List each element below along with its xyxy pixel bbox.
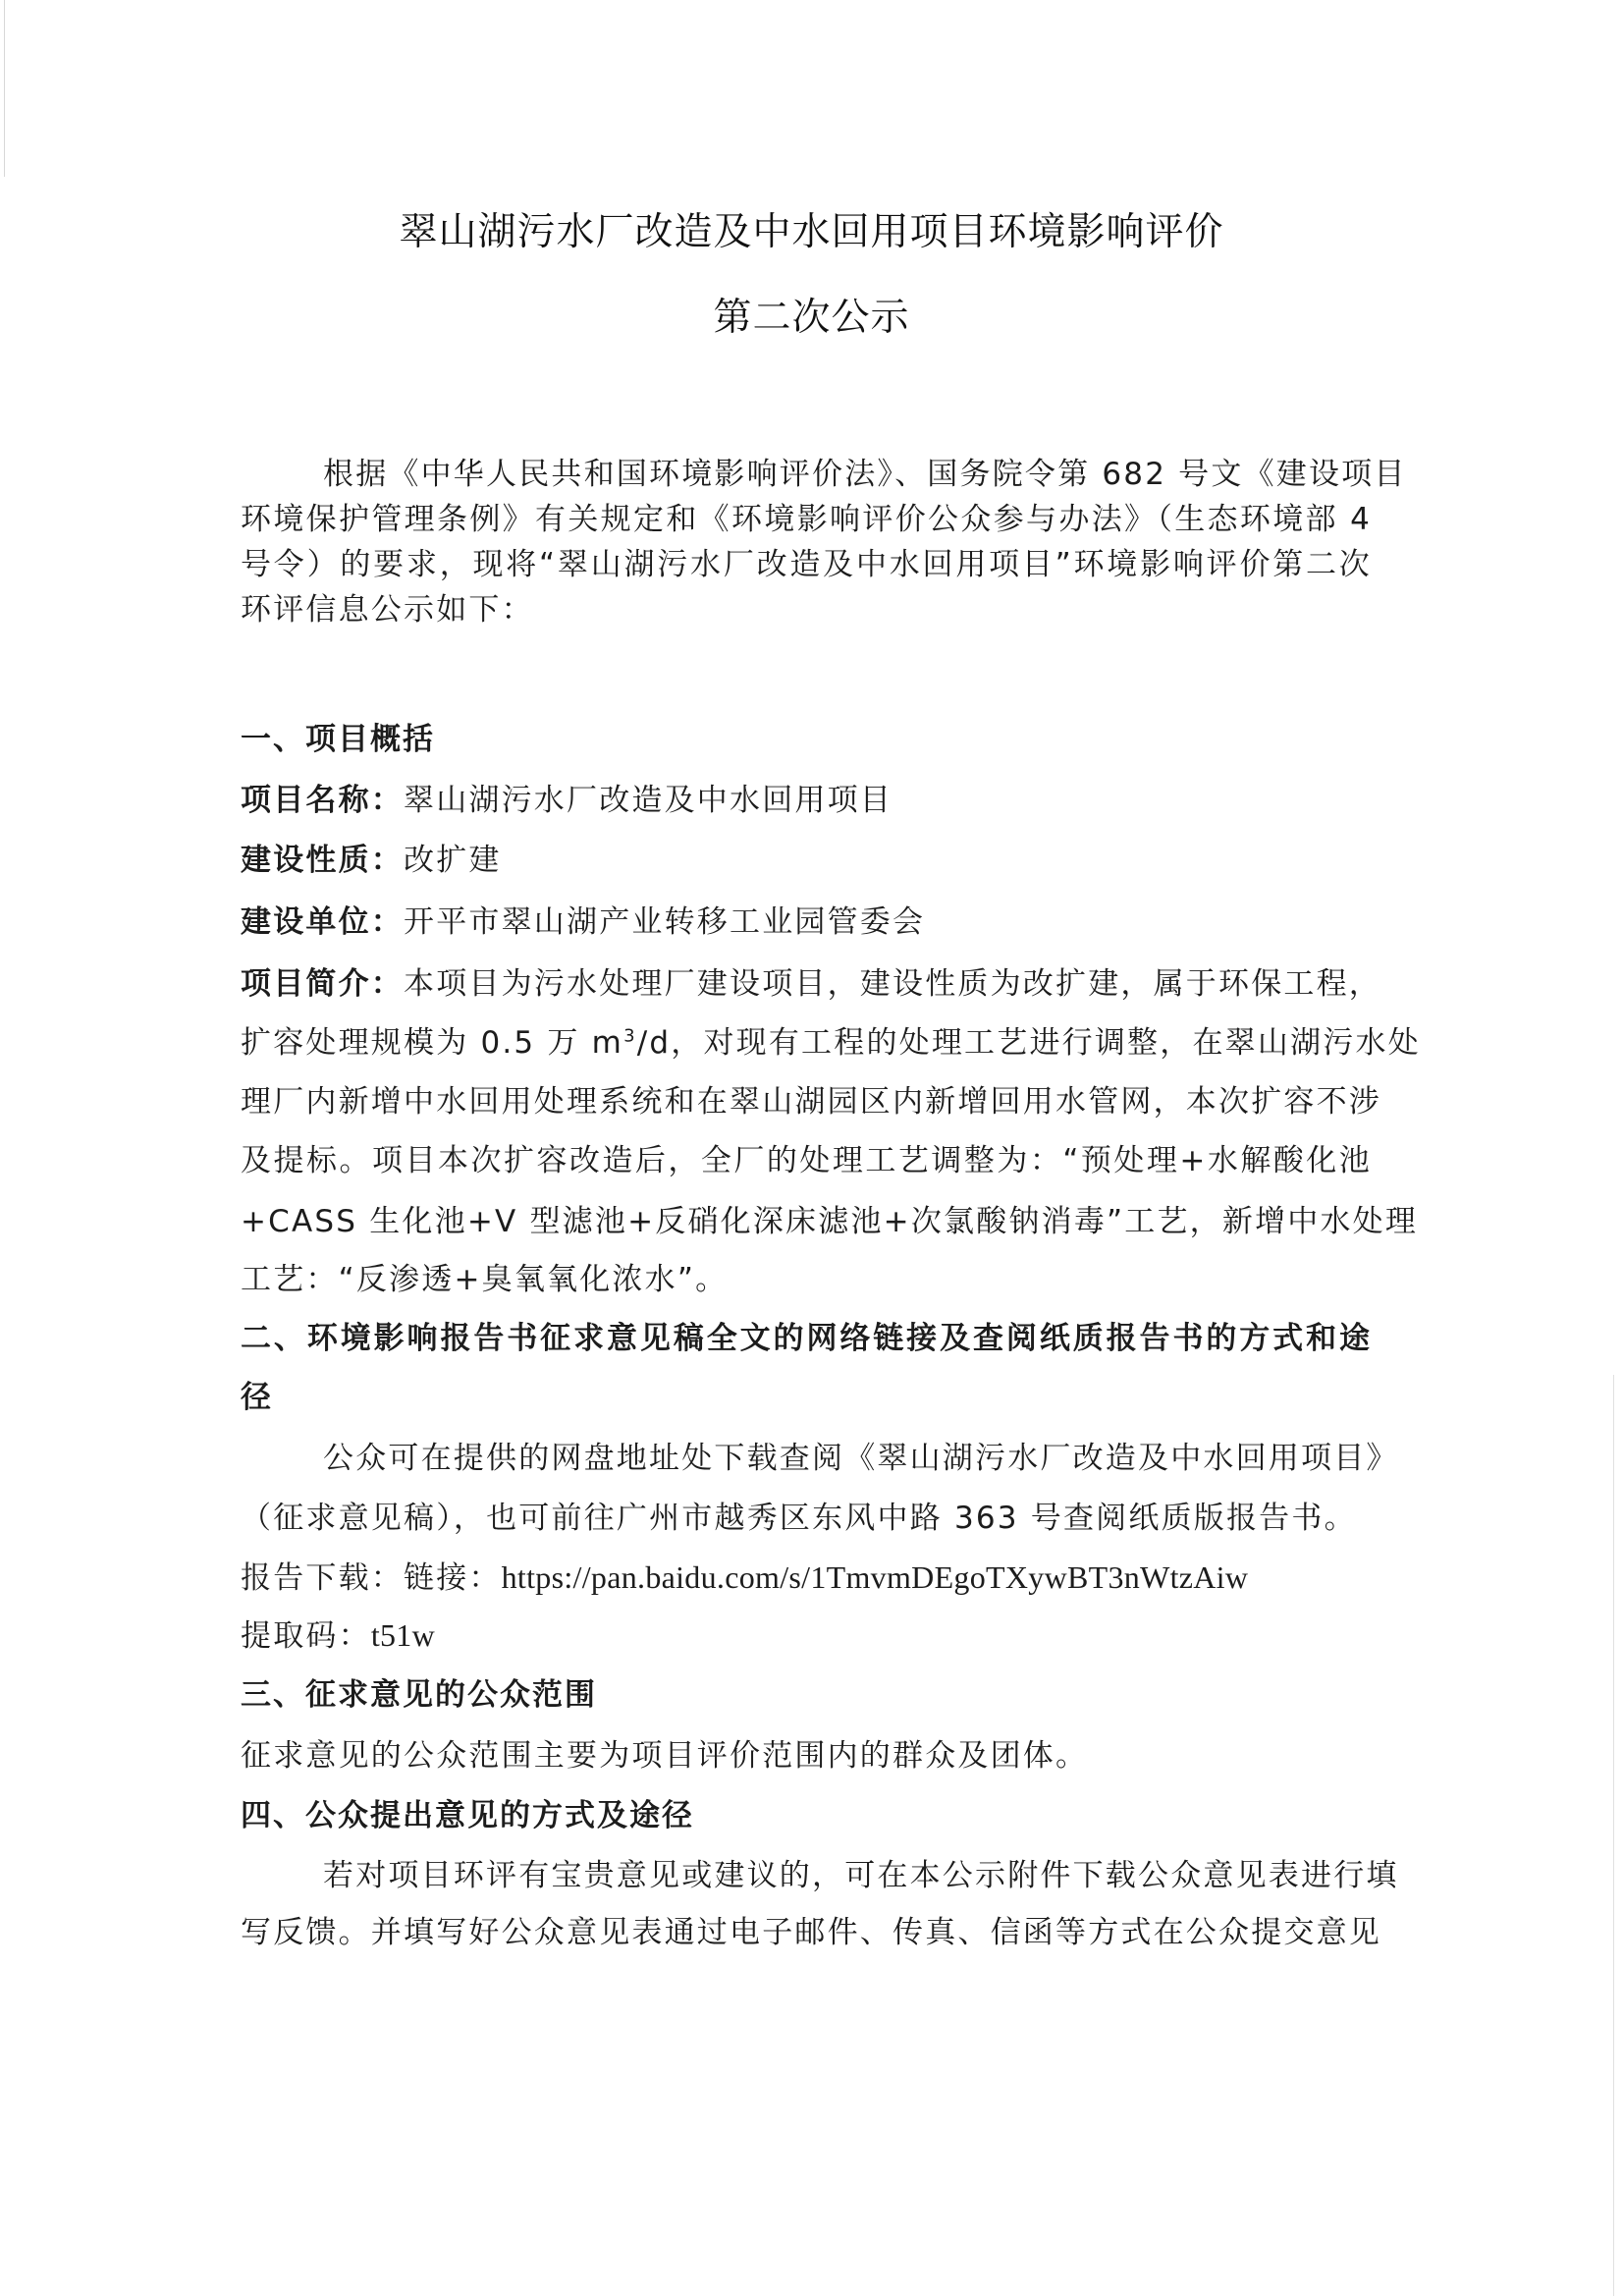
superscript-3: 3 bbox=[623, 1026, 637, 1047]
builder-row: 建设单位：开平市翠山湖产业转移工业园管委会 bbox=[241, 902, 1372, 942]
summary-text-2a: 扩容处理规模为 0.5 万 m bbox=[241, 1025, 623, 1061]
intro-line-2: 环境保护管理条例》有关规定和《环境影响评价公众参与办法》（生态环境部 4 bbox=[241, 500, 1372, 539]
extraction-code-row: 提取码：t51w bbox=[241, 1615, 1372, 1656]
project-name-value: 翠山湖污水厂改造及中水回用项目 bbox=[404, 783, 893, 818]
scan-border-left bbox=[4, 0, 5, 177]
summary-line-1: 项目简介：本项目为污水处理厂建设项目，建设性质为改扩建，属于环保工程， bbox=[241, 964, 1372, 1004]
construction-nature-value: 改扩建 bbox=[404, 843, 502, 878]
summary-text-1: 本项目为污水处理厂建设项目，建设性质为改扩建，属于环保工程， bbox=[404, 966, 1381, 1002]
section-3-heading: 三、征求意见的公众范围 bbox=[241, 1675, 1372, 1715]
summary-line-3: 理厂内新增中水回用处理系统和在翠山湖园区内新增回用水管网，本次扩容不涉 bbox=[241, 1082, 1372, 1121]
construction-nature-row: 建设性质：改扩建 bbox=[241, 841, 1372, 880]
download-link[interactable]: https://pan.baidu.com/s/1TmvmDEgoTXywBT3… bbox=[502, 1559, 1249, 1595]
download-row: 报告下载：链接：https://pan.baidu.com/s/1TmvmDEg… bbox=[241, 1558, 1372, 1598]
page-title: 翠山湖污水厂改造及中水回用项目环境影响评价 bbox=[0, 201, 1623, 256]
intro-line-3: 号令）的要求，现将“翠山湖污水厂改造及中水回用项目”环境影响评价第二次 bbox=[241, 545, 1372, 584]
page-subtitle: 第二次公示 bbox=[0, 287, 1623, 342]
section-4-body-1: 若对项目环评有宝贵意见或建议的，可在本公示附件下载公众意见表进行填 bbox=[323, 1856, 1372, 1895]
project-name-label: 项目名称： bbox=[241, 783, 404, 818]
summary-line-4: 及提标。项目本次扩容改造后，全厂的处理工艺调整为：“预处理+水解酸化池 bbox=[241, 1141, 1372, 1180]
section-4-heading: 四、公众提出意见的方式及途径 bbox=[241, 1796, 1372, 1835]
section-2-body-1: 公众可在提供的网盘地址处下载查阅《翠山湖污水厂改造及中水回用项目》 bbox=[323, 1439, 1372, 1478]
scan-border-right bbox=[1613, 1375, 1614, 2296]
section-3-body: 征求意见的公众范围主要为项目评价范围内的群众及团体。 bbox=[241, 1736, 1372, 1776]
extraction-code-label: 提取码： bbox=[241, 1618, 371, 1654]
construction-nature-label: 建设性质： bbox=[241, 843, 404, 878]
section-4-body-2: 写反馈。并填写好公众意见表通过电子邮件、传真、信函等方式在公众提交意见 bbox=[241, 1913, 1372, 1952]
extraction-code-value: t51w bbox=[371, 1617, 435, 1653]
summary-line-2: 扩容处理规模为 0.5 万 m3/d，对现有工程的处理工艺进行调整，在翠山湖污水… bbox=[241, 1023, 1372, 1063]
section-1-heading: 一、项目概括 bbox=[241, 720, 1372, 759]
project-name-row: 项目名称：翠山湖污水厂改造及中水回用项目 bbox=[241, 781, 1372, 820]
summary-line-6: 工艺：“反渗透+臭氧氧化浓水”。 bbox=[241, 1260, 1372, 1299]
summary-text-2b: /d，对现有工程的处理工艺进行调整，在翠山湖污水处 bbox=[637, 1025, 1421, 1061]
builder-value: 开平市翠山湖产业转移工业园管委会 bbox=[404, 904, 925, 940]
summary-label: 项目简介： bbox=[241, 966, 404, 1002]
section-2-body-2: （征求意见稿），也可前往广州市越秀区东风中路 363 号查阅纸质版报告书。 bbox=[241, 1499, 1372, 1538]
intro-line-1: 根据《中华人民共和国环境影响评价法》、国务院令第 682 号文《建设项目 bbox=[323, 455, 1372, 494]
section-2-heading-cont: 径 bbox=[241, 1378, 1372, 1417]
intro-line-4: 环评信息公示如下： bbox=[241, 590, 1372, 629]
builder-label: 建设单位： bbox=[241, 904, 404, 940]
download-label: 报告下载：链接： bbox=[241, 1560, 502, 1596]
summary-line-5: +CASS 生化池+V 型滤池+反硝化深床滤池+次氯酸钠消毒”工艺，新增中水处理 bbox=[241, 1202, 1372, 1241]
section-2-heading: 二、环境影响报告书征求意见稿全文的网络链接及查阅纸质报告书的方式和途 bbox=[241, 1319, 1372, 1358]
